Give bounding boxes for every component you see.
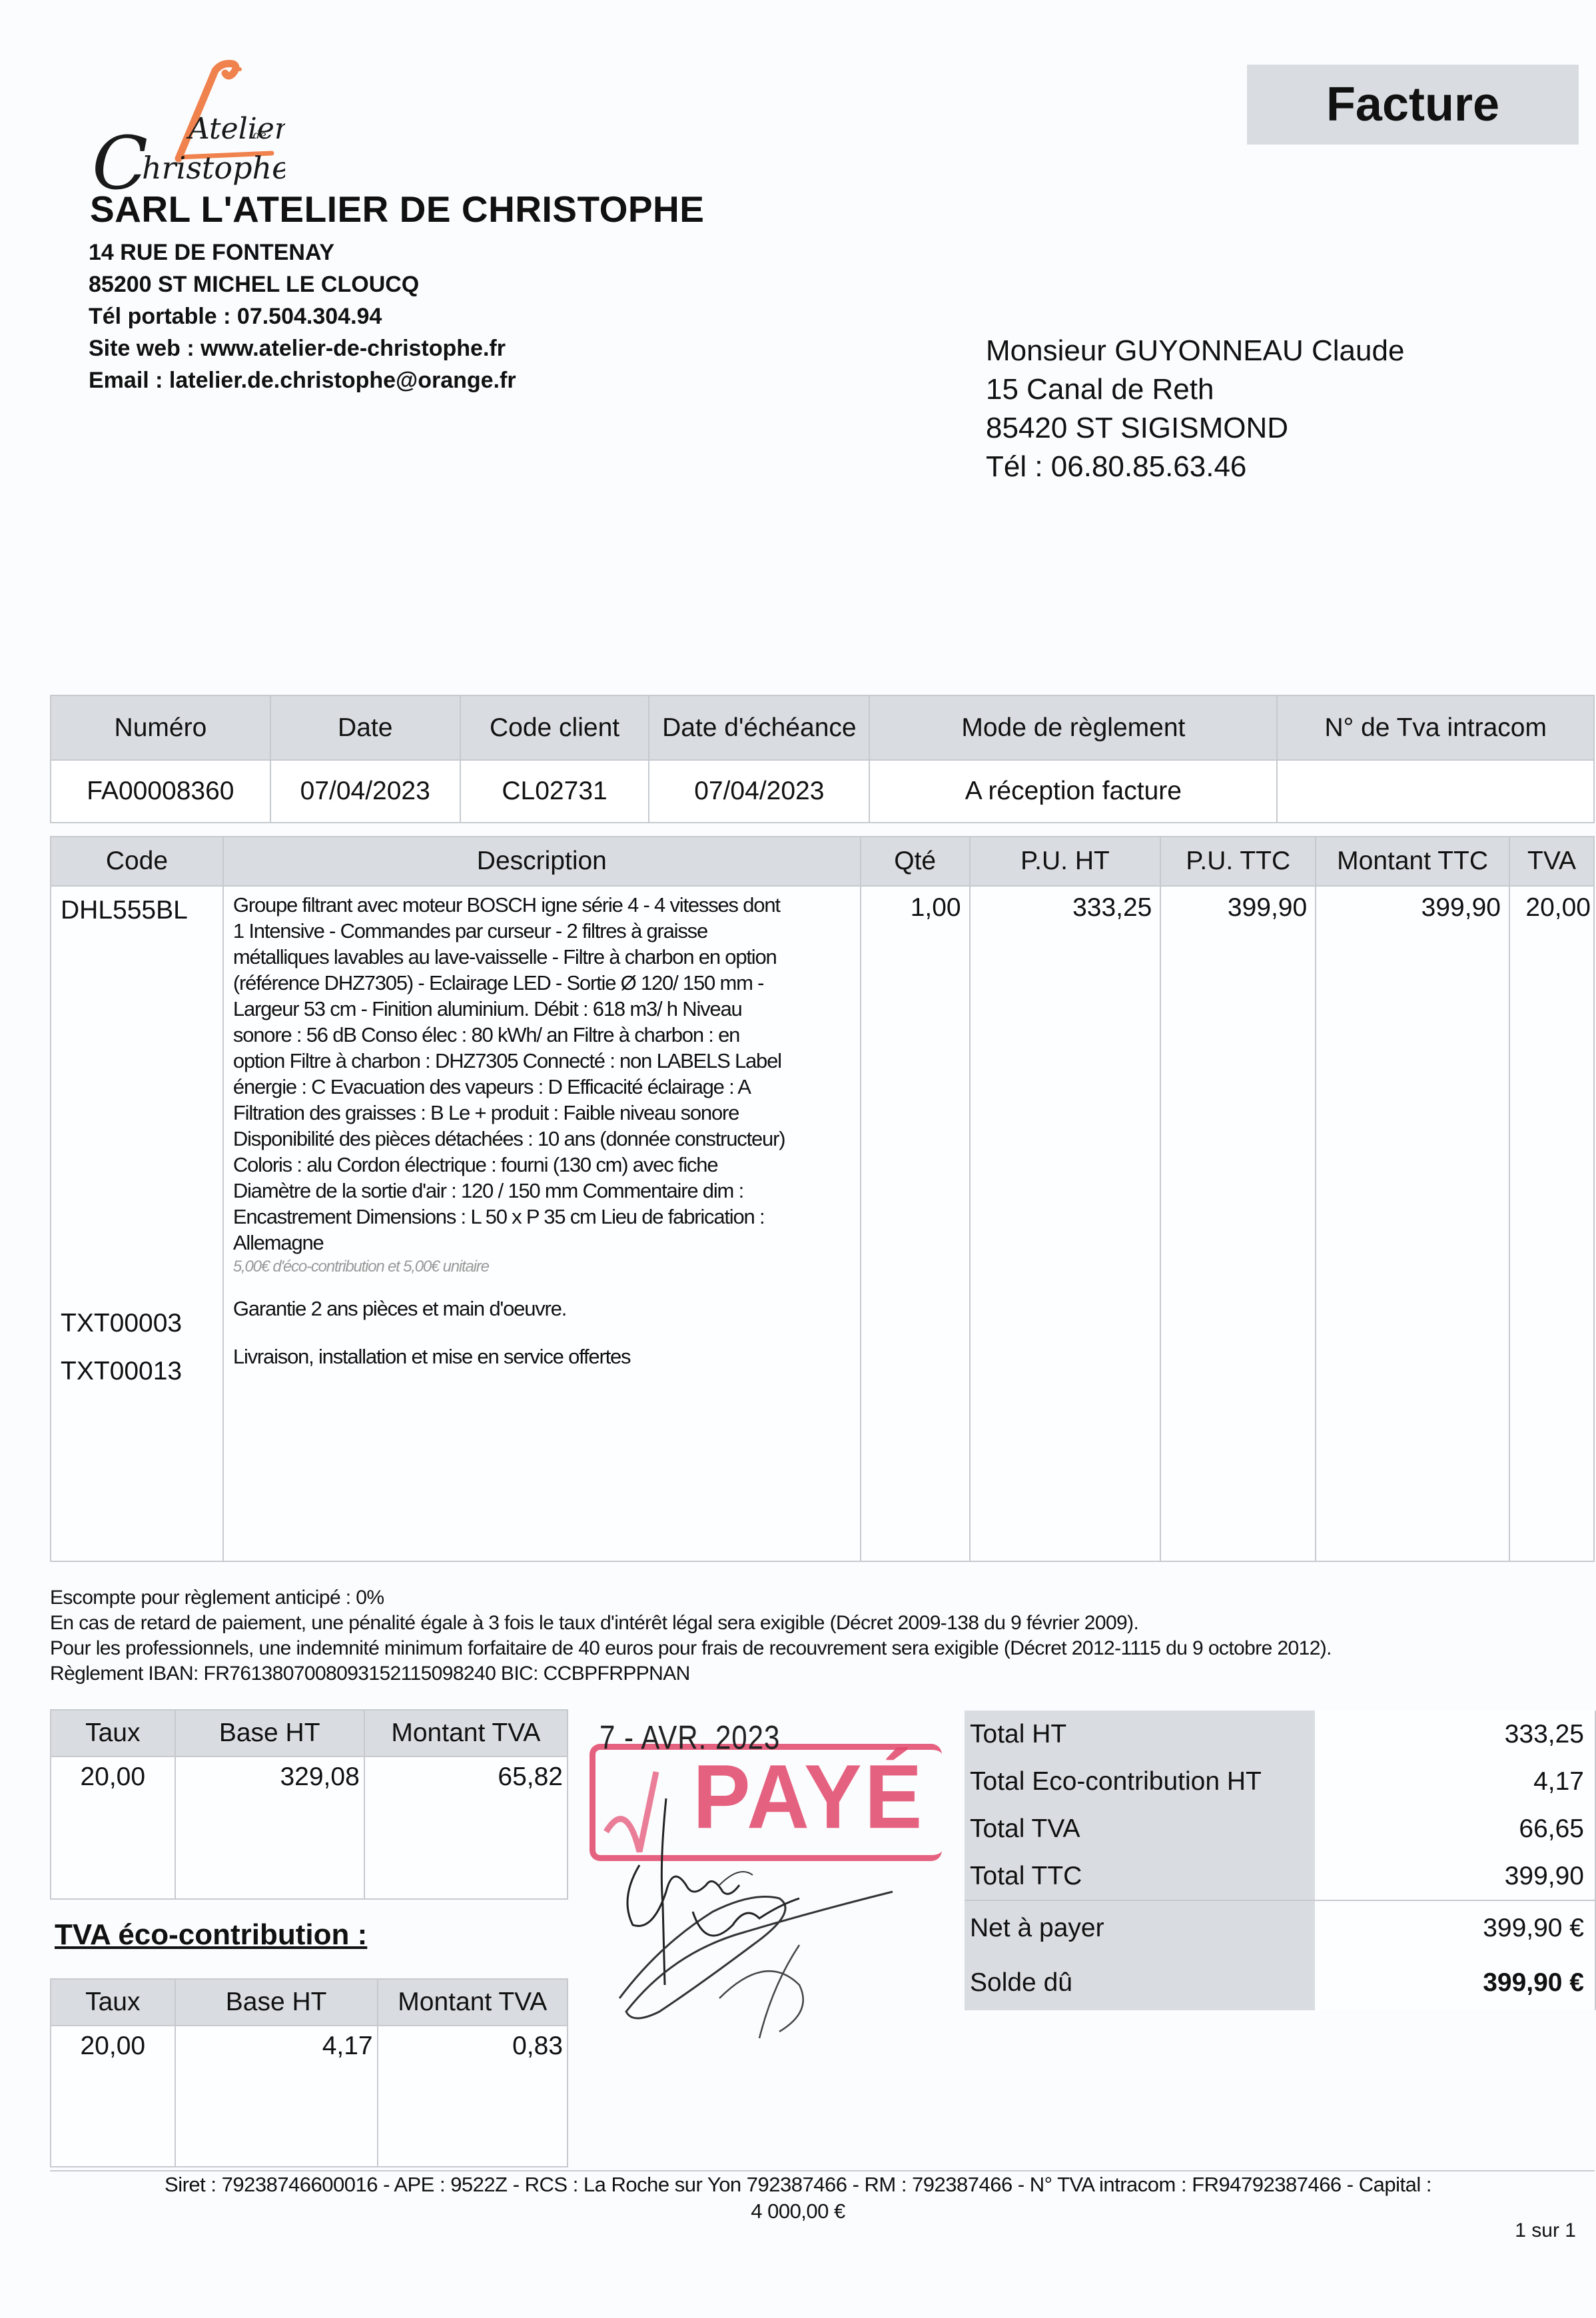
description-line: (référence DHZ7305) - Eclairage LED - So… (233, 970, 855, 996)
total-ttc-row: Total TTC 399,90 (965, 1852, 1595, 1900)
items-header-code: Code (51, 837, 223, 886)
totals-table: Total HT 333,25 Total Eco-contribution H… (965, 1711, 1595, 2010)
info-header-row: Numéro Date Code client Date d'échéance … (51, 695, 1594, 760)
client-phone: Tél : 06.80.85.63.46 (986, 450, 1246, 484)
total-ttc-label: Total TTC (965, 1852, 1315, 1900)
info-value-row: FA00008360 07/04/2023 CL02731 07/04/2023… (51, 760, 1594, 823)
description-line: métalliques lavables au lave-vaisselle -… (233, 944, 855, 970)
legal-discount: Escompte pour règlement anticipé : 0% (50, 1585, 1332, 1611)
company-address: 14 RUE DE FONTENAY (89, 240, 334, 266)
description-line: énergie : C Evacuation des vapeurs : D E… (233, 1074, 855, 1100)
eco-vat-header-row: Taux Base HT Montant TVA (51, 1979, 568, 2026)
item-code: TXT00013 (51, 1348, 222, 1395)
total-ht-label: Total HT (965, 1711, 1315, 1758)
items-header-row: Code Description Qté P.U. HT P.U. TTC Mo… (51, 837, 1594, 886)
total-ht-row: Total HT 333,25 (965, 1711, 1595, 1758)
description-line: Groupe filtrant avec moteur BOSCH igne s… (233, 892, 855, 918)
item-code: TXT00003 (51, 1300, 222, 1348)
client-city: 85420 ST SIGISMOND (986, 412, 1288, 445)
total-ttc-value: 399,90 (1315, 1852, 1595, 1900)
description-line: Disponibilité des pièces détachées : 10 … (233, 1126, 855, 1152)
vat-header-rate: Taux (51, 1710, 175, 1756)
total-ht-value: 333,25 (1315, 1711, 1595, 1758)
due-date: 07/04/2023 (649, 760, 869, 823)
item-tva: 20,00 (1509, 886, 1594, 1561)
info-header-payment-mode: Mode de règlement (869, 695, 1277, 760)
eco-vat-title: TVA éco-contribution : (55, 1918, 367, 1952)
client-name: Monsieur GUYONNEAU Claude (986, 334, 1404, 368)
eco-vat-header-base: Base HT (175, 1979, 378, 2026)
info-header-numero: Numéro (51, 695, 270, 760)
total-tva-label: Total TVA (965, 1805, 1315, 1852)
vat-number (1277, 760, 1594, 823)
invoice-info-table: Numéro Date Code client Date d'échéance … (50, 695, 1595, 823)
footer-divider (50, 2170, 1595, 2171)
item-description: Groupe filtrant avec moteur BOSCH igne s… (233, 892, 855, 1256)
legal-late-penalty: En cas de retard de paiement, une pénali… (50, 1611, 1332, 1636)
company-logo: Atelier de C hristophe (79, 59, 285, 192)
balance-due-label: Solde dû (965, 1956, 1315, 2010)
item-description: Garantie 2 ans pièces et main d'oeuvre. (233, 1296, 855, 1322)
items-header-qty: Qté (861, 837, 970, 886)
eco-vat-amount: 0,83 (378, 2026, 568, 2167)
vat-header-base: Base HT (175, 1710, 364, 1756)
description-line: Allemagne (233, 1230, 855, 1256)
description-line: 1 Intensive - Commandes par curseur - 2 … (233, 918, 855, 944)
info-header-vat-number: N° de Tva intracom (1277, 695, 1594, 760)
item-code: DHL555BL (51, 887, 222, 935)
description-line: Encastrement Dimensions : L 50 x P 35 cm… (233, 1204, 855, 1230)
document-type-title: Facture (1247, 65, 1579, 145)
page-number: 1 sur 1 (1515, 2219, 1576, 2242)
net-to-pay-row: Net à payer 399,90 € (965, 1900, 1595, 1956)
vat-header-amount: Montant TVA (364, 1710, 568, 1756)
company-name: SARL L'ATELIER DE CHRISTOPHE (90, 188, 704, 230)
legal-recovery-fee: Pour les professionnels, une indemnité m… (50, 1636, 1332, 1661)
items-header-montant-ttc: Montant TTC (1316, 837, 1509, 886)
client-code: CL02731 (460, 760, 649, 823)
items-table: Code Description Qté P.U. HT P.U. TTC Mo… (50, 836, 1595, 1562)
footer-capital: 4 000,00 € (0, 2199, 1596, 2223)
info-header-date: Date (270, 695, 460, 760)
items-header-pu-ht: P.U. HT (970, 837, 1161, 886)
company-city: 85200 ST MICHEL LE CLOUCQ (89, 272, 419, 298)
logo-atelier-text: Atelier (186, 112, 285, 146)
items-code-column: DHL555BL TXT00003 TXT00013 (51, 886, 223, 1561)
eco-vat-header-rate: Taux (51, 1979, 175, 2026)
item-description: Livraison, installation et mise en servi… (233, 1344, 855, 1369)
company-email: Email : latelier.de.christophe@orange.fr (89, 368, 516, 394)
total-eco-row: Total Eco-contribution HT 4,17 (965, 1758, 1595, 1805)
payment-mode: A réception facture (869, 760, 1277, 823)
info-header-due-date: Date d'échéance (649, 695, 869, 760)
total-tva-row: Total TVA 66,65 (965, 1805, 1595, 1852)
item-qty: 1,00 (861, 886, 970, 1561)
net-to-pay-label: Net à payer (965, 1900, 1315, 1956)
items-header-description: Description (223, 837, 861, 886)
client-address: 15 Canal de Reth (986, 373, 1214, 406)
eco-vat-row: 20,00 4,17 0,83 (51, 2026, 568, 2167)
eco-vat-base: 4,17 (175, 2026, 378, 2167)
description-line: Coloris : alu Cordon électrique : fourni… (233, 1152, 855, 1178)
items-header-pu-ttc: P.U. TTC (1160, 837, 1316, 886)
vat-rate: 20,00 (51, 1756, 175, 1899)
description-line: Diamètre de la sortie d'air : 120 / 150 … (233, 1178, 855, 1204)
signature-icon (580, 1732, 953, 2038)
info-header-code-client: Code client (460, 695, 649, 760)
items-body: DHL555BL TXT00003 TXT00013 Groupe filtra… (51, 886, 1594, 1561)
description-line: option Filtre à charbon : DHZ7305 Connec… (233, 1048, 855, 1074)
description-line: Filtration des graisses : B Le + produit… (233, 1100, 855, 1126)
items-header-tva: TVA (1509, 837, 1594, 886)
balance-due-row: Solde dû 399,90 € (965, 1956, 1595, 2010)
vat-amount: 65,82 (364, 1756, 568, 1899)
item-pu-ht: 333,25 (970, 886, 1161, 1561)
vat-summary-table: Taux Base HT Montant TVA 20,00 329,08 65… (50, 1709, 568, 1900)
item-pu-ttc: 399,90 (1160, 886, 1316, 1561)
legal-iban: Règlement IBAN: FR7613807008093152115098… (50, 1661, 1332, 1687)
invoice-date: 07/04/2023 (270, 760, 460, 823)
vat-row: 20,00 329,08 65,82 (51, 1756, 568, 1899)
description-line: Largeur 53 cm - Finition aluminium. Débi… (233, 996, 855, 1022)
description-line: sonore : 56 dB Conso élec : 80 kWh/ an F… (233, 1022, 855, 1048)
eco-vat-header-amount: Montant TVA (378, 1979, 568, 2026)
invoice-number: FA00008360 (51, 760, 270, 823)
balance-due-value: 399,90 € (1315, 1956, 1595, 2010)
vat-base: 329,08 (175, 1756, 364, 1899)
total-tva-value: 66,65 (1315, 1805, 1595, 1852)
total-eco-label: Total Eco-contribution HT (965, 1758, 1315, 1805)
footer-legal-ids: Siret : 79238746600016 - APE : 9522Z - R… (0, 2173, 1596, 2197)
vat-header-row: Taux Base HT Montant TVA (51, 1710, 568, 1756)
eco-vat-table: Taux Base HT Montant TVA 20,00 4,17 0,83 (50, 1978, 568, 2167)
total-eco-value: 4,17 (1315, 1758, 1595, 1805)
net-to-pay-value: 399,90 € (1315, 1900, 1595, 1956)
item-montant-ttc: 399,90 (1316, 886, 1509, 1561)
eco-contribution-note: 5,00€ d'éco-contribution et 5,00€ unitai… (233, 1256, 855, 1278)
company-phone: Tél portable : 07.504.304.94 (89, 304, 382, 330)
company-website: Site web : www.atelier-de-christophe.fr (89, 336, 506, 362)
eco-vat-rate: 20,00 (51, 2026, 175, 2167)
svg-text:hristophe: hristophe (142, 150, 285, 186)
legal-notes: Escompte pour règlement anticipé : 0% En… (50, 1585, 1332, 1687)
svg-text:C: C (92, 121, 148, 192)
svg-text:de: de (253, 129, 266, 141)
items-description-column: Groupe filtrant avec moteur BOSCH igne s… (223, 886, 861, 1561)
